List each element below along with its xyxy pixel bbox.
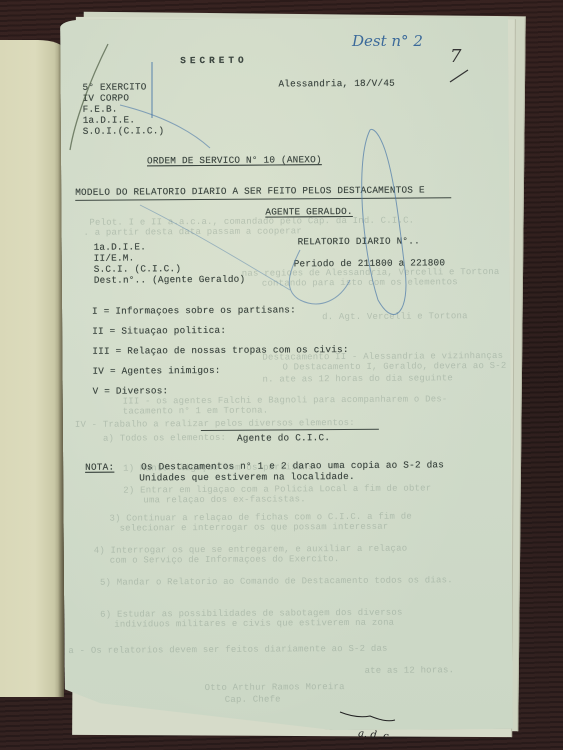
- left-facing-page: [0, 40, 64, 697]
- note-line-2: Unidades que estiverem na localidade.: [139, 471, 355, 484]
- place-date: Alessandria, 18/V/45: [278, 78, 395, 90]
- typewritten-document-page: Pelot. I e II a.a.c.a., comandado pelo C…: [60, 17, 513, 732]
- section-item: IV = Agentes inimigos:: [92, 365, 220, 377]
- header-line: 1a.D.I.E.: [83, 114, 136, 125]
- header-line: 5° EXERCITO: [82, 81, 146, 92]
- report-number-label: RELATORIO DIARIO N°..: [298, 235, 420, 247]
- classification-heading: SECRETO: [180, 55, 247, 66]
- header-line: F.E.B.: [83, 104, 118, 115]
- subject-underline: [75, 197, 451, 201]
- handwritten-page-number: 7: [450, 46, 461, 67]
- section-item: III = Relaçao de nossas tropas com os ci…: [92, 344, 348, 357]
- note-label: NOTA:: [85, 462, 114, 473]
- handwritten-bottom-initials: a. d. c.: [358, 728, 393, 742]
- signature-label: Agente do C.I.C.: [237, 432, 330, 444]
- header-line: IV CORPO: [83, 93, 130, 104]
- section-item: II = Situaçao politica:: [92, 325, 226, 337]
- addressee-line: Dest.n°.. (Agente Geraldo): [94, 274, 246, 286]
- addressee-line: S.C.I. (C.I.C.): [94, 263, 181, 275]
- handwritten-dest-note: Dest n° 2: [352, 32, 423, 50]
- subject-line-1: MODELO DO RELATORIO DIARIO A SER FEITO P…: [75, 184, 425, 197]
- header-line: S.O.I.(C.I.C.): [83, 125, 165, 137]
- section-item: V = Diversos:: [93, 385, 169, 397]
- addressee-line: II/E.M.: [94, 252, 135, 263]
- subject-line-2: AGENTE GERALDO.: [265, 206, 352, 218]
- order-title: ORDEM DE SERVICO N° 10 (ANEXO): [147, 154, 322, 166]
- signature-line: [201, 429, 379, 431]
- section-item: I = Informaçoes sobre os partisans:: [92, 304, 296, 316]
- report-period: Periodo de 211800 a 221800: [294, 257, 446, 269]
- addressee-line: 1a.D.I.E.: [94, 241, 147, 252]
